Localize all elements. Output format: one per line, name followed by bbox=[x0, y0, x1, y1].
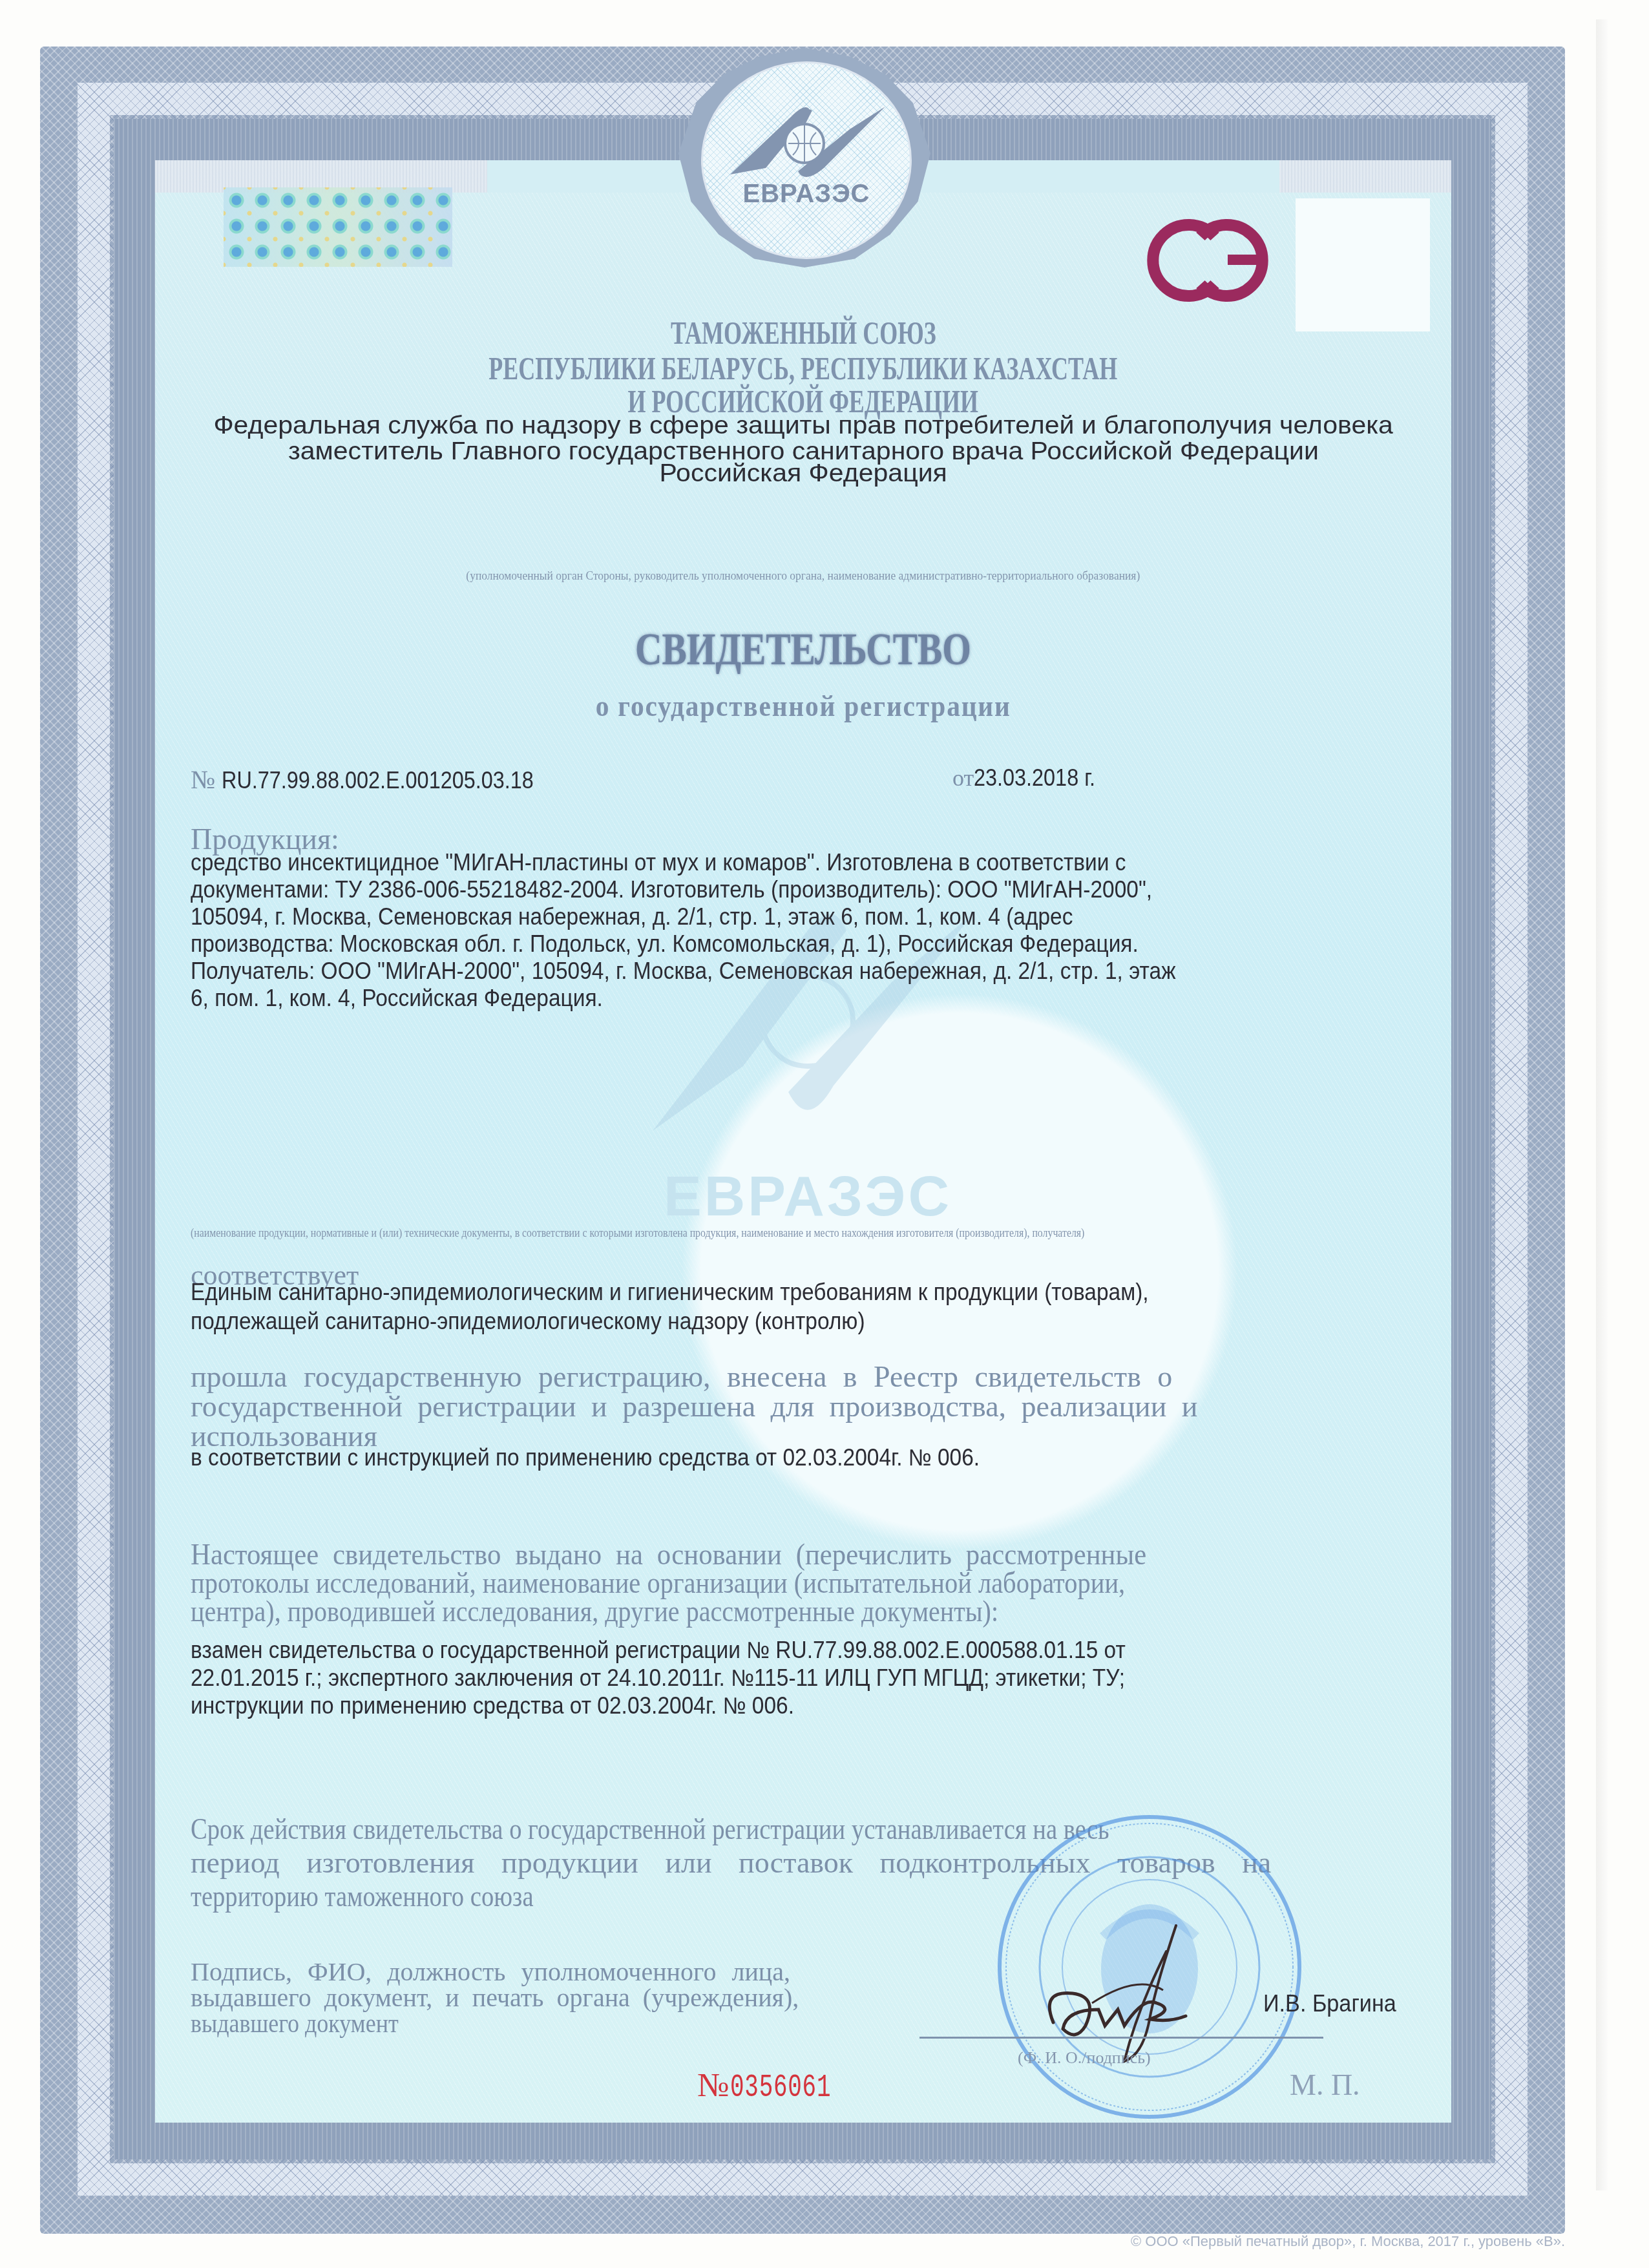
signature-label: Подпись, ФИО, должность уполномоченного … bbox=[191, 1959, 879, 2037]
watermark-text: ЕВРАЗЭС bbox=[614, 1163, 1002, 1229]
printer-credit: © ООО «Первый печатный двор», г. Москва,… bbox=[1060, 2233, 1565, 2250]
authority-line-1: Федеральная служба по надзору в сфере за… bbox=[155, 412, 1451, 440]
hologram-sticker-icon bbox=[224, 187, 452, 267]
conformity-line: подлежащей санитарно-эпидемиологическому… bbox=[191, 1307, 1417, 1336]
date-prefix: от bbox=[952, 765, 974, 791]
basis-line: взамен свидетельства о государственной р… bbox=[191, 1636, 1417, 1664]
product-caption: (наименование продукции, нормативные и (… bbox=[191, 1226, 1417, 1240]
emblem-label: ЕВРАЗЭС bbox=[701, 180, 912, 209]
conformity-text: Единым санитарно-эпидемиологическим и ги… bbox=[191, 1277, 1417, 1336]
conformity-mark-icon bbox=[1139, 218, 1277, 302]
product-line: 105094, г. Москва, Семеновская набережна… bbox=[191, 903, 1417, 930]
seal-place-mark: М. П. bbox=[1290, 2068, 1360, 2102]
union-title-line-1: ТАМОЖЕННЫЙ СОЮЗ bbox=[155, 314, 1451, 352]
union-title-line-2: РЕСПУБЛИКИ БЕЛАРУСЬ, РЕСПУБЛИКИ КАЗАХСТА… bbox=[155, 350, 1451, 387]
eurasec-emblem-icon bbox=[720, 97, 888, 181]
product-line: средство инсектицидное "МИгАН-пластины о… bbox=[191, 849, 1417, 876]
basis-label-line: протоколы исследований, наименование орг… bbox=[191, 1569, 1417, 1597]
basis-label-line: центра), проводившей исследования, други… bbox=[191, 1597, 1417, 1626]
product-line: производства: Московская обл. г. Подольс… bbox=[191, 930, 1417, 958]
signature-icon bbox=[1027, 1913, 1247, 2068]
certificate-date: от23.03.2018 г. bbox=[952, 764, 1109, 792]
registration-line: государственной регистрации и разрешена … bbox=[191, 1392, 1417, 1422]
basis-label-line: Настоящее свидетельство выдано на основа… bbox=[191, 1540, 1417, 1569]
certificate-date-value: 23.03.2018 г. bbox=[974, 764, 1095, 792]
product-line: Получатель: ООО "МИгАН-2000", 105094, г.… bbox=[191, 958, 1417, 985]
certificate-title: СВИДЕТЕЛЬСТВО bbox=[155, 624, 1451, 676]
signature-label-line: Подпись, ФИО, должность уполномоченного … bbox=[191, 1959, 879, 1985]
registration-line: прошла государственную регистрацию, внес… bbox=[191, 1362, 1417, 1392]
certificate-number-value: RU.77.99.88.002.E.001205.03.18 bbox=[222, 767, 534, 794]
form-serial-number: №0356061 bbox=[697, 2066, 870, 2106]
conformity-line: Единым санитарно-эпидемиологическим и ги… bbox=[191, 1277, 1417, 1307]
basis-line: 22.01.2015 г.; экспертного заключения от… bbox=[191, 1664, 1417, 1692]
product-line: 6, пом. 1, ком. 4, Российская Федерация. bbox=[191, 985, 1417, 1012]
certificate-number: № RU.77.99.88.002.E.001205.03.18 bbox=[191, 764, 569, 795]
number-sign: № bbox=[191, 765, 215, 794]
product-description: средство инсектицидное "МИгАН-пластины о… bbox=[191, 849, 1417, 1012]
authority-line-3: Российская Федерация bbox=[155, 460, 1451, 488]
registration-usage: в соответствии с инструкцией по применен… bbox=[191, 1444, 1417, 1471]
signature-label-line: выдавшего документ bbox=[191, 2011, 879, 2037]
signature-line bbox=[919, 2037, 1323, 2039]
product-line: документами: ТУ 2386-006-55218482-2004. … bbox=[191, 876, 1417, 903]
basis-documents: взамен свидетельства о государственной р… bbox=[191, 1636, 1417, 1719]
signer-name: И.В. Брагина bbox=[1263, 1990, 1403, 2017]
authority-caption: (уполномоченный орган Стороны, руководит… bbox=[155, 569, 1451, 583]
basis-line: инструкции по применению средства от 02.… bbox=[191, 1692, 1417, 1719]
certificate-subtitle: о государственной регистрации bbox=[155, 689, 1451, 723]
registration-statement: прошла государственную регистрацию, внес… bbox=[191, 1362, 1417, 1451]
paper-edge bbox=[1596, 19, 1608, 2190]
signature-line-caption: (Ф. И. О./подпись) bbox=[1018, 2048, 1151, 2068]
basis-label: Настоящее свидетельство выдано на основа… bbox=[191, 1540, 1417, 1626]
blank-box bbox=[1296, 198, 1430, 331]
signature-label-line: выдавшего документ, и печать органа (учр… bbox=[191, 1985, 879, 2011]
